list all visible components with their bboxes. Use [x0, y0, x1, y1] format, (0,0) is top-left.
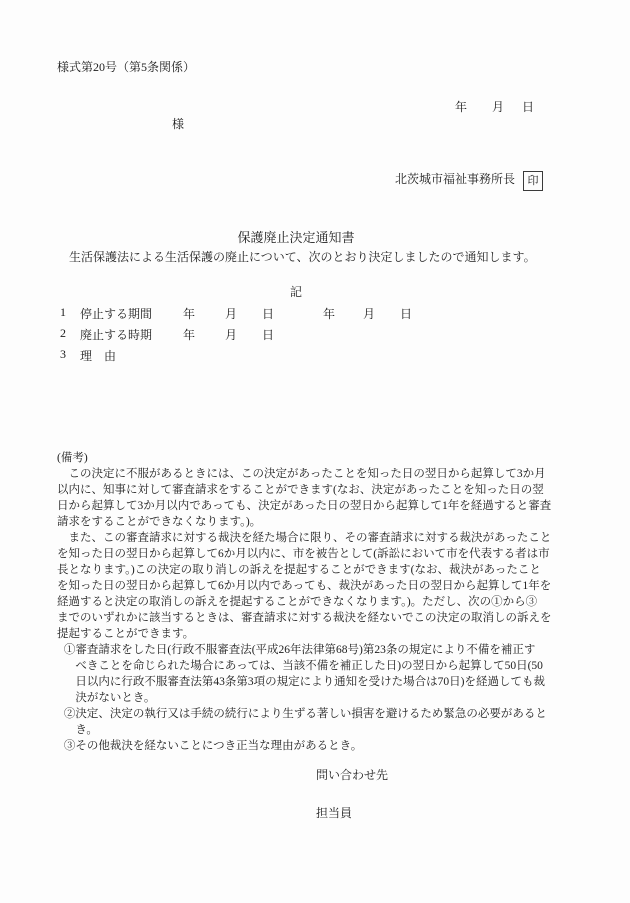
year-field-label: 年: [183, 305, 195, 322]
form-number: 様式第20号（第5条関係）: [57, 60, 195, 75]
day-field-label: 日: [400, 305, 412, 322]
remark-line: べきことを命じられた場合にあっては、当該不備を補正した日)の翌日から起算して50…: [57, 658, 553, 674]
item-label: 停止する期間: [80, 305, 152, 322]
document-title: 保護廃止決定通知書: [0, 230, 592, 246]
item-number: 2: [60, 326, 66, 341]
remark-line: 日以内に行政不服審査法第43条第3項の規定により通知を受けた場合は70日)を経過…: [57, 674, 553, 690]
day-label: 日: [522, 98, 534, 115]
remark-line: 決がないとき。: [57, 690, 553, 706]
item-row-abolition-time: 2 廃止する時期 年 月 日: [0, 326, 630, 344]
remark-line: この決定に不服があるときには、この決定があったことを知った日の翌日から起算して3…: [57, 466, 553, 482]
day-field-label: 日: [262, 305, 274, 322]
issuer-name: 北茨城市福祉事務所長: [395, 172, 515, 187]
issue-date-line: 年 月 日: [455, 98, 467, 115]
day-field-label: 日: [262, 326, 274, 343]
item-row-reason: 3 理 由: [0, 347, 630, 365]
month-field-label: 月: [363, 305, 375, 322]
remark-line: 日から起算して3か月以内であっても、決定があった日の翌日から起算して1年を経過す…: [57, 498, 553, 514]
document-page: 様式第20号（第5条関係） 年 月 日 様 北茨城市福祉事務所長 印 保護廃止決…: [0, 0, 630, 903]
remark-line: ①審査請求をした日(行政不服審査法(平成26年法律第68号)第23条の規定により…: [57, 642, 553, 658]
remark-line: また、この審査請求に対する裁決を経た場合に限り、その審査請求に対する裁決があった…: [57, 530, 553, 546]
year-field-label: 年: [183, 326, 195, 343]
year-field-label: 年: [323, 305, 335, 322]
seal-label: 印: [528, 175, 539, 187]
remarks-lines: この決定に不服があるときには、この決定があったことを知った日の翌日から起算して3…: [57, 466, 553, 754]
seal-box: 印: [523, 171, 543, 191]
remark-line: ③その他裁決を経ないことにつき正当な理由があるとき。: [57, 738, 553, 754]
remark-line: までのいずれかに該当するときは、審査請求に対する裁決を経ないでこの決定の取消しの…: [57, 610, 553, 626]
remark-line: 以内に、知事に対して審査請求をすることができます(なお、決定があったことを知った…: [57, 482, 553, 498]
item-label: 廃止する時期: [80, 326, 152, 343]
item-number: 1: [60, 305, 66, 320]
staff-label: 担当員: [316, 806, 352, 821]
intro-paragraph: 生活保護法による生活保護の廃止について、次のとおり決定しましたので通知します。: [57, 250, 536, 265]
addressee-suffix: 様: [172, 117, 184, 132]
month-field-label: 月: [225, 305, 237, 322]
remarks-heading: (備考): [57, 450, 553, 466]
remark-line: き。: [57, 722, 553, 738]
remark-line: 経過すると決定の取消しの訴えを提起することができなくなります。)。ただし、次の①…: [57, 594, 553, 610]
remark-line: を知った日の翌日から起算して6か月以内に、市を被告として(訴訟において市を代表す…: [57, 546, 553, 562]
year-label: 年: [455, 100, 467, 114]
remark-line: 請求をすることができなくなります。)。: [57, 514, 553, 530]
remark-line: 提起することができます。: [57, 626, 553, 642]
item-number: 3: [60, 347, 66, 362]
remark-line: 長となります。)この決定の取り消しの訴えを提起することができます(なお、裁決があ…: [57, 562, 553, 578]
month-label: 月: [492, 98, 504, 115]
contact-heading: 問い合わせ先: [316, 768, 388, 783]
remarks-section: (備考) この決定に不服があるときには、この決定があったことを知った日の翌日から…: [57, 450, 553, 754]
month-field-label: 月: [225, 326, 237, 343]
remark-line: ②決定、決定の執行又は手続の続行により生ずる著しい損害を避けるため緊急の必要があ…: [57, 706, 553, 722]
item-row-stop-period: 1 停止する期間 年 月 日 年 月 日: [0, 305, 630, 323]
record-marker: 記: [0, 285, 592, 300]
item-label: 理 由: [80, 347, 116, 364]
remark-line: を知った日の翌日から起算して6か月以内であっても、裁決があった日の翌日から起算し…: [57, 578, 553, 594]
